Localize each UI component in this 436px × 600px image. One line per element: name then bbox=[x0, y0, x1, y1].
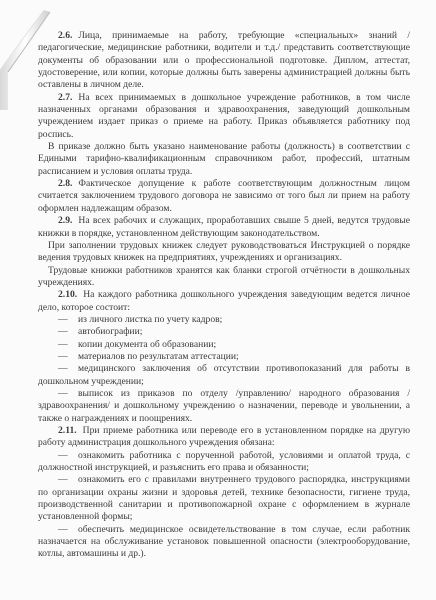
list-item: —обеспечить медицинское освидетельствова… bbox=[38, 524, 410, 561]
paragraph-text: Трудовые книжки работников хранятся как … bbox=[38, 265, 410, 288]
dash-bullet: — bbox=[48, 351, 78, 363]
section-text: При приеме работника или переводе его в … bbox=[38, 425, 410, 448]
list-item-text: обеспечить медицинское освидетельствован… bbox=[38, 524, 410, 560]
section-number: 2.8. bbox=[48, 178, 72, 190]
dash-bullet: — bbox=[48, 388, 78, 400]
dash-bullet: — bbox=[48, 474, 78, 486]
list-item: —автобиографии; bbox=[38, 326, 410, 338]
list-item: —материалов по результатам аттестации; bbox=[38, 351, 410, 363]
paragraph-workbook-instructions: При заполнении трудовых книжек следует р… bbox=[38, 240, 410, 265]
paragraph-text: В приказе должно быть указано наименован… bbox=[38, 141, 410, 177]
list-item-text: автобиографии; bbox=[78, 326, 142, 337]
section-text: Фактическое допущение к работе соответст… bbox=[38, 178, 410, 214]
list-item: —выписок из приказов по отделу /управлен… bbox=[38, 388, 410, 425]
section-2-7: 2.7.На всех принимаемых в дошкольное учр… bbox=[38, 92, 410, 141]
section-2-8: 2.8.Фактическое допущение к работе соотв… bbox=[38, 178, 410, 215]
list-item: —медицинского заключения об отсутствии п… bbox=[38, 363, 410, 388]
paragraph-order-contents: В приказе должно быть указано наименован… bbox=[38, 141, 410, 178]
list-item: —из личного листка по учету кадров; bbox=[38, 314, 410, 326]
section-2-11: 2.11.При приеме работника или переводе е… bbox=[38, 425, 410, 450]
list-item: —ознакомить работника с порученной работ… bbox=[38, 450, 410, 475]
dash-bullet: — bbox=[48, 450, 78, 462]
list-item-text: материалов по результатам аттестации; bbox=[78, 351, 239, 362]
section-text: На всех рабочих и служащих, проработавши… bbox=[38, 215, 410, 238]
dash-bullet: — bbox=[48, 339, 78, 351]
section-number: 2.6. bbox=[48, 30, 72, 42]
section-number: 2.10. bbox=[48, 289, 77, 301]
dash-bullet: — bbox=[48, 314, 78, 326]
section-2-6: 2.6.Лица, принимаемые на работу, требующ… bbox=[38, 30, 410, 92]
scanned-page: 2.6.Лица, принимаемые на работу, требующ… bbox=[0, 0, 436, 600]
paragraph-text: При заполнении трудовых книжек следует р… bbox=[38, 240, 410, 263]
list-item-text: выписок из приказов по отделу /управлени… bbox=[38, 388, 410, 424]
section-2-10: 2.10.На каждого работника дошкольного уч… bbox=[38, 289, 410, 314]
list-item-text: из личного листка по учету кадров; bbox=[78, 314, 222, 325]
section-number: 2.7. bbox=[48, 92, 72, 104]
section-text: На каждого работника дошкольного учрежде… bbox=[38, 289, 410, 312]
dash-bullet: — bbox=[48, 326, 78, 338]
list-item: —ознакомить его с правилами внутреннего … bbox=[38, 474, 410, 523]
list-personal-file: —из личного листка по учету кадров; —авт… bbox=[38, 314, 410, 425]
section-text: На всех принимаемых в дошкольное учрежде… bbox=[38, 92, 410, 140]
section-number: 2.9. bbox=[48, 215, 72, 227]
list-item-text: ознакомить его с правилами внутреннего т… bbox=[38, 474, 410, 522]
list-item: —копии документа об образовании; bbox=[38, 339, 410, 351]
document-body: 2.6.Лица, принимаемые на работу, требующ… bbox=[38, 30, 410, 561]
list-item-text: ознакомить работника с порученной работо… bbox=[38, 450, 410, 473]
dash-bullet: — bbox=[48, 524, 78, 536]
section-text: Лица, принимаемые на работу, требующие «… bbox=[38, 30, 410, 90]
dash-bullet: — bbox=[48, 363, 78, 375]
section-2-9: 2.9.На всех рабочих и служащих, проработ… bbox=[38, 215, 410, 240]
list-administration-duties: —ознакомить работника с порученной работ… bbox=[38, 450, 410, 561]
section-number: 2.11. bbox=[48, 425, 77, 437]
paragraph-workbook-storage: Трудовые книжки работников хранятся как … bbox=[38, 265, 410, 290]
list-item-text: медицинского заключения об отсутствии пр… bbox=[38, 363, 410, 386]
list-item-text: копии документа об образовании; bbox=[78, 339, 216, 350]
